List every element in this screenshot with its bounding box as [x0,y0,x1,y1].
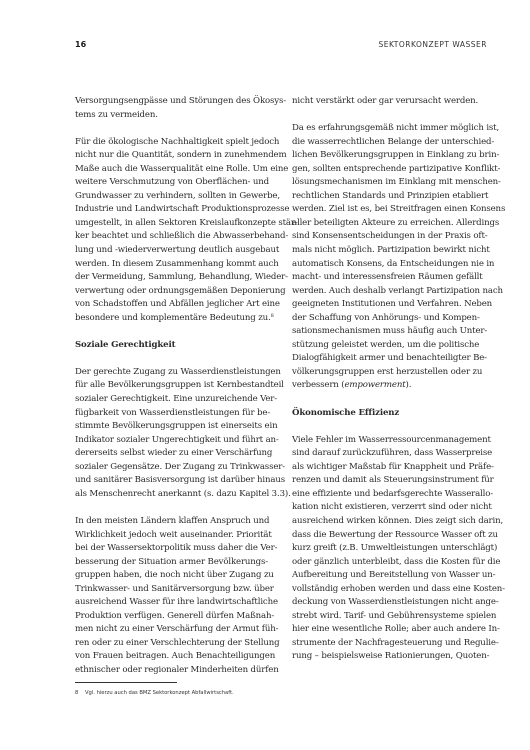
text-line: ker beachtet und schließlich die Abwasse… [75,230,287,244]
text-line: oder gänzlich unterbleibt, dass die Kost… [292,556,504,570]
text-line: werden. In diesem Zusammenhang kommt auc… [75,258,287,272]
text-line: dass die Bewertung der Ressource Wasser … [292,529,504,543]
text-line: aller beteiligten Akteure zu erreichen. … [292,217,504,231]
text-line: lösungsmechanismen im Einklang mit mensc… [292,176,504,190]
text-line: geeigneten Institutionen und Verfahren. … [292,298,504,312]
text-line: dererseits selbst wieder zu einer Versch… [75,447,287,461]
text-line: gen, sollten entsprechende partizipative… [292,163,504,177]
text-line: In den meisten Ländern klaffen Anspruch … [75,515,287,529]
text-line: strumente der Nachfragesteuerung und Reg… [292,637,504,651]
text-line: strebt wird. Tarif- und Gebührensysteme … [292,610,504,624]
text-line: die wasserrechtlichen Belange der unters… [292,136,504,150]
text-line: tems zu vermeiden. [75,109,287,123]
text-line: bei der Wassersektorpolitik muss daher d… [75,542,287,556]
text-line: automatisch Konsens, da Entscheidungen n… [292,258,504,272]
text-line: als Menschenrecht anerkannt (s. dazu Kap… [75,488,287,502]
text-line: Versorgungsengpässe und Störungen des Ök… [75,95,287,109]
text-line: rung – beispielsweise Rationierungen, Qu… [292,650,504,664]
text-line: Für die ökologische Nachhaltigkeit spiel… [75,136,287,150]
italic-term: empowerment [344,380,405,390]
text-line: nicht nur die Quantität, sondern in zune… [75,149,287,163]
text-line: weitere Verschmutzung von Oberflächen- u… [75,176,287,190]
text-line: Produktion verfügen. Generell dürfen Maß… [75,610,287,624]
text-line: eine effiziente und bedarfsgerechte Wass… [292,488,504,502]
text-line: lung und -wiederverwertung deutlich ausg… [75,244,287,258]
text-line: mals nicht möglich. Partizipation bewirk… [292,244,504,258]
text-line: renzen und damit als Steuerungsinstrumen… [292,474,504,488]
text-line: stützung geleistet werden, um die politi… [292,339,504,353]
text-line: von Frauen beitragen. Auch Benachteiligu… [75,650,287,664]
text-line: Da es erfahrungsgemäß nicht immer möglic… [292,122,504,136]
text-line: besondere und komplementäre Bedeutung zu… [75,312,287,326]
text-line: und sanitärer Basisversorgung ist darübe… [75,474,287,488]
text-line: lichen Bevölkerungsgruppen in Einklang z… [292,149,504,163]
text-line: ausreichend wirken können. Dies zeigt si… [292,515,504,529]
paragraph-ecosystem: Versorgungsengpässe und Störungen des Ök… [75,95,287,122]
left-column: Versorgungsengpässe und Störungen des Ök… [75,95,287,678]
text-line: verbessern (empowerment). [292,379,504,393]
section-heading-economic-efficiency: Ökonomische Effizienz [292,407,504,421]
text-line: Aufbereitung und Bereitstellung von Wass… [292,569,504,583]
text-line: Viele Fehler im Wasserressourcenmanageme… [292,434,504,448]
text-line: für alle Bevölkerungsgruppen ist Kernbes… [75,379,287,393]
text-line-content: besondere und komplementäre Bedeutung zu… [75,313,271,323]
text-line: sozialer Gegensätze. Der Zugang zu Trink… [75,461,287,475]
page-number: 16 [75,40,86,49]
text-line: Industrie und Landwirtschaft Produktions… [75,203,287,217]
text-line: ren oder zu einer Verschlechterung der S… [75,637,287,651]
text-line: nicht verstärkt oder gar verursacht werd… [292,95,504,109]
footnote-text: Vgl. hierzu auch das BMZ Sektorkonzept A… [85,690,234,696]
paragraph-water-pricing: Viele Fehler im Wasserressourcenmanageme… [292,434,504,664]
text-line: Maße auch die Wasserqualität eine Rolle.… [75,163,287,177]
text-line: fügbarkeit von Wasserdienstleistungen fü… [75,407,287,421]
text-line: völkerungsgruppen erst herzustellen oder… [292,366,504,380]
text-span: verbessern ( [292,380,344,390]
text-line: Dialogfähigkeit armer und benachteiligte… [292,352,504,366]
text-line: ausreichend Wasser für ihre landwirtscha… [75,596,287,610]
text-line: Der gerechte Zugang zu Wasserdienstleist… [75,366,287,380]
paragraph-continuation: nicht verstärkt oder gar verursacht werd… [292,95,504,109]
right-column: nicht verstärkt oder gar verursacht werd… [292,95,504,664]
text-line: Indikator sozialer Ungerechtigkeit und f… [75,434,287,448]
text-span: ). [406,380,412,390]
text-line: men nicht zu einer Verschärfung der Armu… [75,623,287,637]
text-line: der Vermeidung, Sammlung, Behandlung, Wi… [75,271,287,285]
footnote: 8Vgl. hierzu auch das BMZ Sektorkonzept … [75,690,234,696]
text-line: sind darauf zurückzuführen, dass Wasserp… [292,447,504,461]
text-line: deckung von Wasserdienstleistungen nicht… [292,596,504,610]
text-line: von Schadstoffen und Abfällen jeglicher … [75,298,287,312]
footnote-reference[interactable]: 8 [271,313,274,319]
paragraph-priorities: In den meisten Ländern klaffen Anspruch … [75,515,287,678]
footnote-number: 8 [75,690,85,696]
text-line: Grundwasser zu verhindern, sollten in Ge… [75,190,287,204]
text-line: kurz greift (z.B. Umweltleistungen unter… [292,542,504,556]
text-line: macht- und interessensfreien Räumen gefä… [292,271,504,285]
text-line: besserung der Situation armer Bevölkerun… [75,556,287,570]
text-line: werden. Ziel ist es, bei Streitfragen ei… [292,203,504,217]
text-line: kation nicht existieren, verzerrt sind o… [292,501,504,515]
text-line: Trinkwasser- und Sanitärversorgung bzw. … [75,583,287,597]
text-line: stimmte Bevölkerungsgruppen ist einersei… [75,420,287,434]
text-line: sationsmechanismen muss häufig auch Unte… [292,325,504,339]
text-line: vollständig erhoben werden und dass eine… [292,583,504,597]
text-line: sind Konsensentscheidungen in der Praxis… [292,230,504,244]
text-line: gruppen haben, die noch nicht über Zugan… [75,569,287,583]
text-line: verwertung oder ordnungsgemäßen Deponier… [75,285,287,299]
text-line: der Schaffung von Anhörungs- und Kompen- [292,312,504,326]
text-line: Wirklichkeit jedoch weit auseinander. Pr… [75,529,287,543]
text-line: als wichtiger Maßstab für Knappheit und … [292,461,504,475]
running-title: SEKTORKONZEPT WASSER [378,40,487,49]
footnote-divider [75,682,177,683]
section-heading-social-justice: Soziale Gerechtigkeit [75,339,287,353]
document-page: 16 SEKTORKONZEPT WASSER Versorgungsengpä… [0,0,530,750]
text-line: ethnischer oder regionaler Minderheiten … [75,664,287,678]
text-line: hier eine wesentliche Rolle; aber auch a… [292,623,504,637]
paragraph-ecological-sustainability: Für die ökologische Nachhaltigkeit spiel… [75,136,287,326]
paragraph-social-access: Der gerechte Zugang zu Wasserdienstleist… [75,366,287,501]
text-line: umgestellt, in allen Sektoren Kreislaufk… [75,217,287,231]
text-line: sozialer Gerechtigkeit. Eine unzureichen… [75,393,287,407]
text-line: werden. Auch deshalb verlangt Partizipat… [292,285,504,299]
text-line: rechtlichen Standards und Prinzipien eta… [292,190,504,204]
paragraph-participation: Da es erfahrungsgemäß nicht immer möglic… [292,122,504,393]
